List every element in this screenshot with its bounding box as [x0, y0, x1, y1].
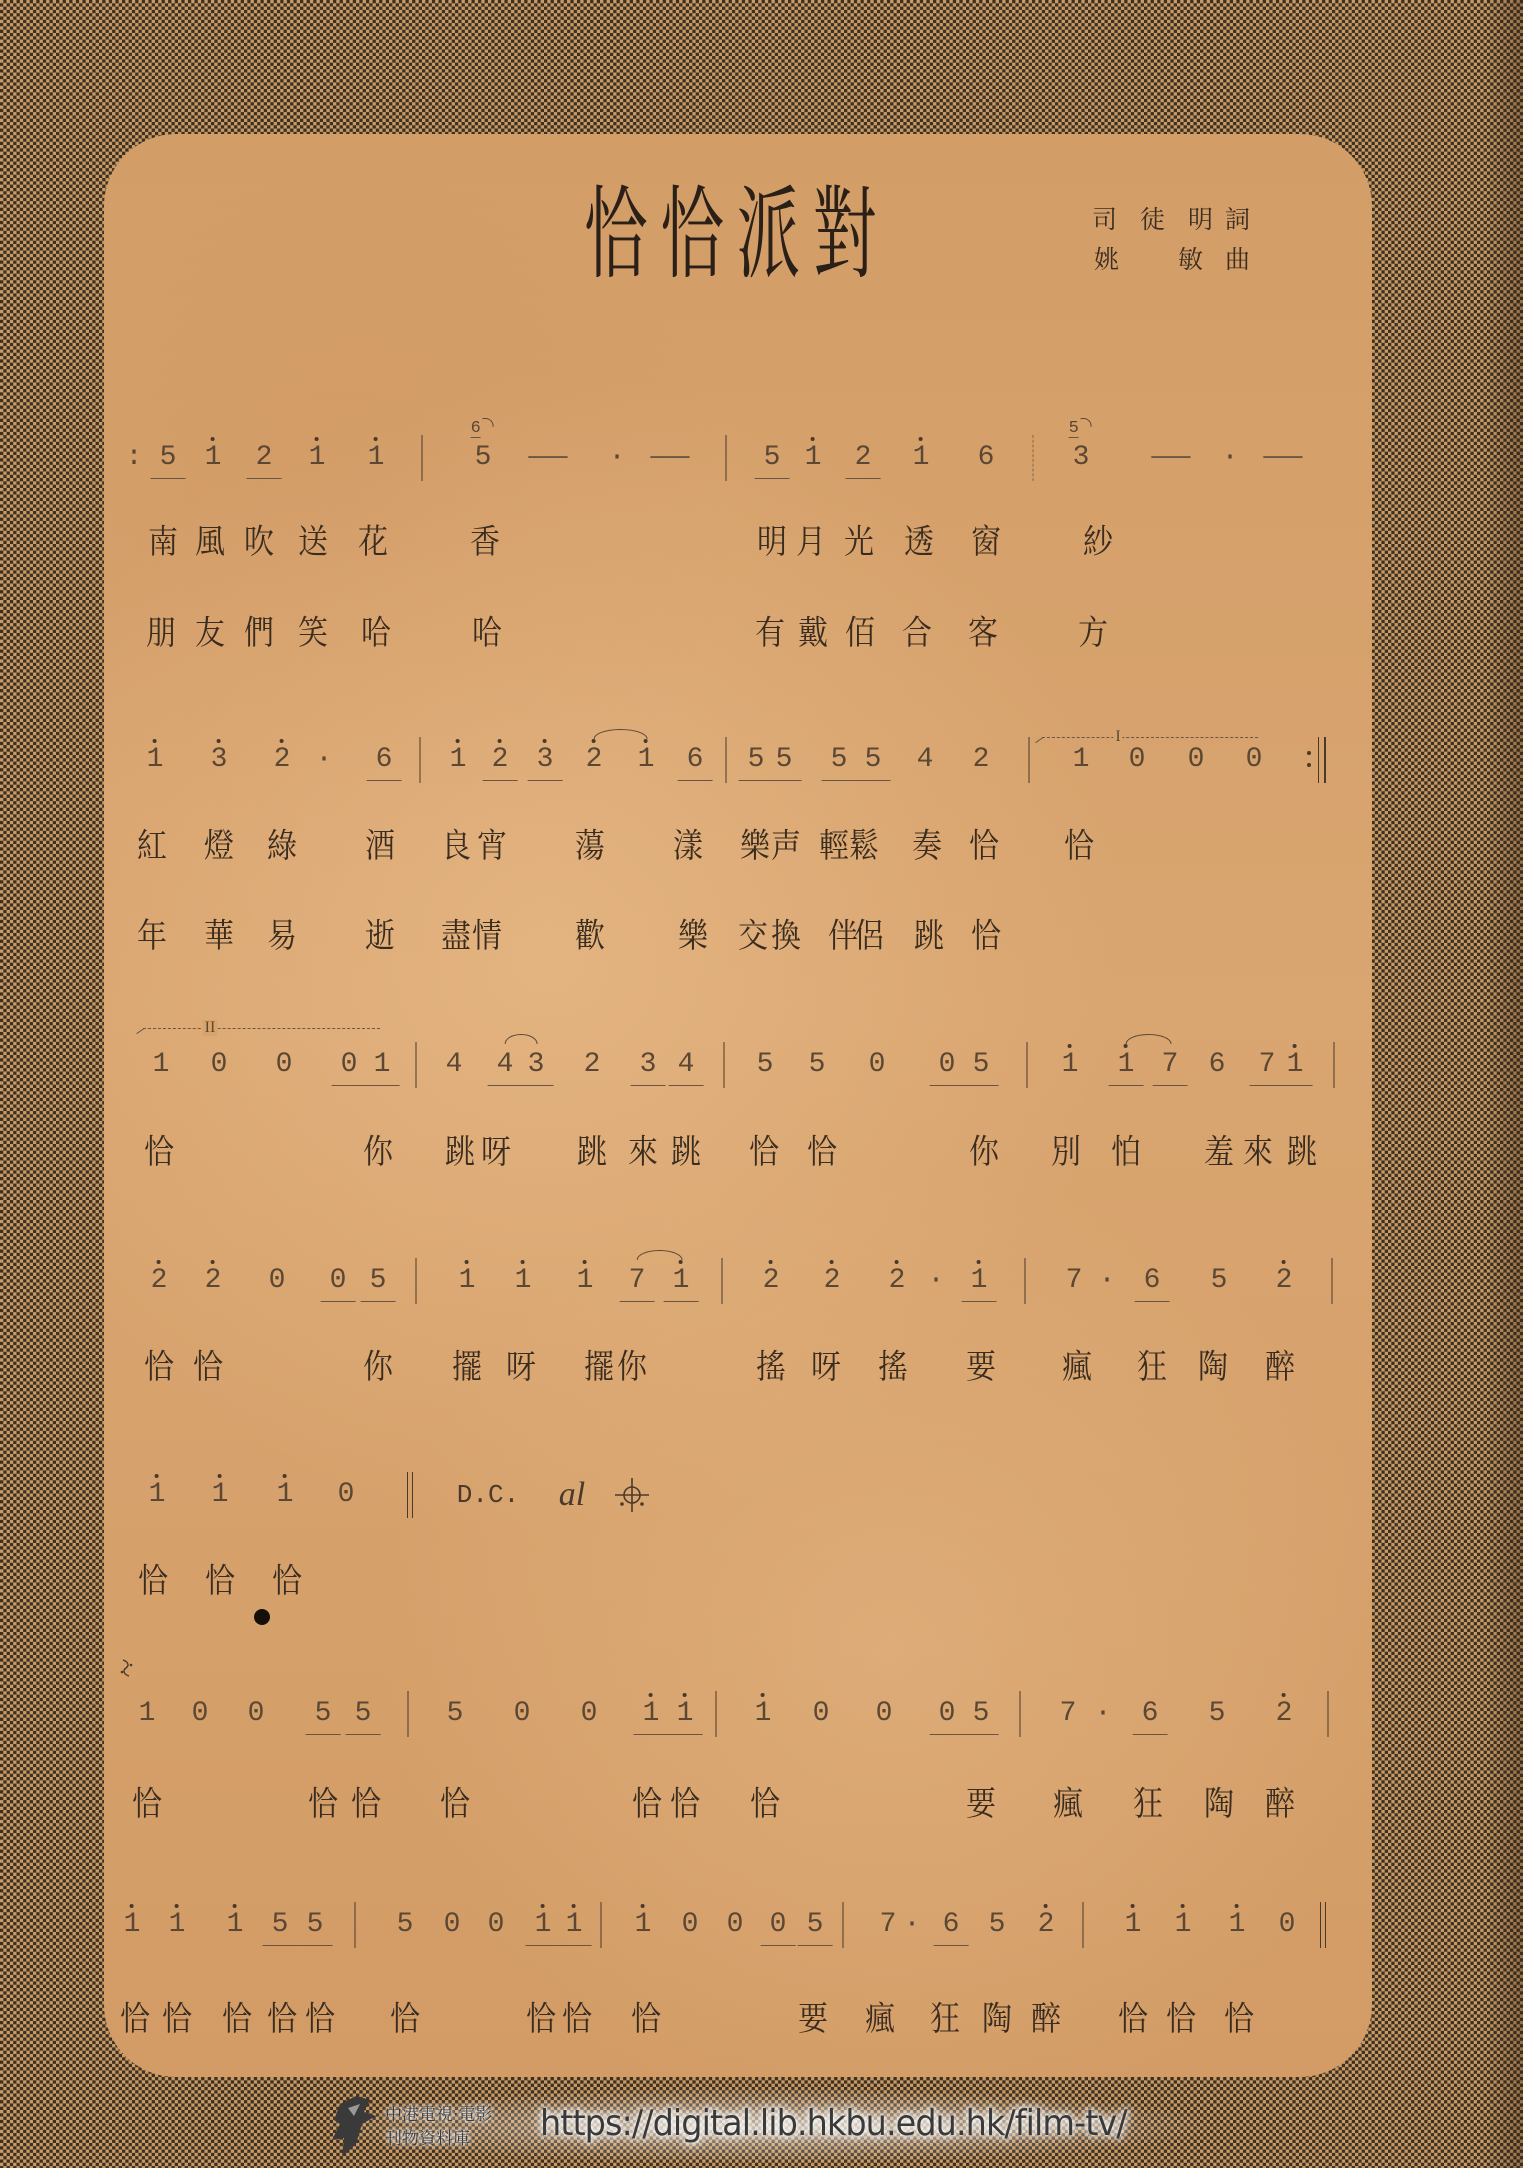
note: 1	[212, 1481, 229, 1509]
note-digit: 2	[274, 746, 291, 774]
lyric-char: 跳	[671, 1135, 701, 1171]
note-digit: 6	[1144, 1267, 1161, 1295]
dot-extension: ·	[1095, 1700, 1112, 1728]
lyric-char: 香	[470, 525, 500, 561]
note: 5	[315, 1700, 332, 1728]
note-digit: 0	[813, 1700, 830, 1728]
note: 1	[1073, 746, 1090, 774]
note-digit: 2	[763, 1267, 780, 1295]
note-digit: 0	[876, 1700, 893, 1728]
note: 1	[577, 1267, 594, 1295]
lyric-char: 狂	[930, 2002, 960, 2038]
note: 4	[497, 1051, 514, 1079]
note: 7	[1259, 1051, 1276, 1079]
barline	[1332, 1258, 1333, 1304]
note-digit: 4	[917, 746, 934, 774]
lyric-char: 透	[904, 525, 934, 561]
note: 1	[673, 1267, 690, 1295]
note-digit: 5	[160, 444, 177, 472]
note-digit: 1	[1062, 1051, 1079, 1079]
lyric-char: 有	[755, 616, 785, 652]
watermark-org-line2: 刊物資料庫	[385, 2130, 470, 2148]
note: 56	[475, 444, 492, 472]
note: 1	[1125, 1911, 1142, 1939]
lyric-char: 送	[298, 525, 328, 561]
note-digit: 5	[776, 746, 793, 774]
lyric-char: 瘋	[1053, 1787, 1083, 1823]
hold-dash: —	[540, 444, 557, 472]
note: 35	[1073, 444, 1090, 472]
note: 0	[727, 1911, 744, 1939]
note: 1	[635, 1911, 652, 1939]
note-digit: 2	[1276, 1267, 1293, 1295]
note: 5	[809, 1051, 826, 1079]
volta-bracket	[143, 1028, 380, 1029]
lyricist-name: 司徒明	[1092, 207, 1236, 233]
lyric-char: 哈	[472, 616, 502, 652]
lyric-char: 綠	[267, 829, 297, 865]
note-digit: 0	[488, 1911, 505, 1939]
note: 1	[643, 1700, 660, 1728]
lyric-char: 狂	[1137, 1350, 1167, 1386]
lyric-char: 戴	[798, 616, 828, 652]
note-digit: 1	[459, 1267, 476, 1295]
note: 5	[748, 746, 765, 774]
hold-dash: —	[1275, 444, 1292, 472]
note-digit: 1	[212, 1481, 229, 1509]
dot-extension: ·	[904, 1911, 921, 1939]
note-digit: 5	[807, 1911, 824, 1939]
note-digit: 1	[535, 1911, 552, 1939]
note-digit: 1	[971, 1267, 988, 1295]
note-digit: 2	[1038, 1911, 1055, 1939]
note-digit: 6	[376, 746, 393, 774]
note-digit: 1	[1229, 1911, 1246, 1939]
note-digit: 1	[673, 1267, 690, 1295]
lyric-char: 呀	[506, 1350, 536, 1386]
barline	[1025, 1258, 1026, 1304]
note: 1	[1118, 1051, 1135, 1079]
note: 1	[124, 1911, 141, 1939]
note-digit: 5	[307, 1911, 324, 1939]
note-digit: ·	[609, 444, 626, 472]
lyric-char: 擺	[452, 1350, 482, 1386]
coda-icon	[612, 1475, 652, 1515]
lyric-char: 客	[968, 616, 998, 652]
note-digit: 3	[1073, 444, 1090, 472]
note-digit: 5	[809, 1051, 826, 1079]
note: 5	[757, 1051, 774, 1079]
note: 5	[764, 444, 781, 472]
lyric-char: 情	[472, 919, 502, 955]
note: 0	[813, 1700, 830, 1728]
note-digit: ·	[1095, 1700, 1112, 1728]
lyric-char: 要	[966, 1787, 996, 1823]
note-digit: 0	[514, 1700, 531, 1728]
note: 6	[687, 746, 704, 774]
lyric-char: 宵	[477, 829, 507, 865]
note-digit: 1	[309, 444, 326, 472]
lyric-char: 逝	[365, 919, 395, 955]
note-digit: 6	[687, 746, 704, 774]
note-digit: 1	[577, 1267, 594, 1295]
note-digit: 2	[584, 1051, 601, 1079]
song-title: 恰恰派對	[584, 185, 889, 285]
note: 0	[869, 1051, 886, 1079]
repeat-end-sign	[1318, 737, 1326, 783]
note: 1	[1175, 1911, 1192, 1939]
lyric-char: 盡	[441, 919, 471, 955]
note-digit: 6	[978, 444, 995, 472]
lyric-char: 恰	[305, 2002, 335, 2038]
lyric-char: 你	[617, 1350, 647, 1386]
barline	[601, 1902, 602, 1948]
note-digit: 2	[492, 746, 509, 774]
barline	[724, 1042, 725, 1088]
note: 1	[147, 746, 164, 774]
note: 7	[1162, 1051, 1179, 1079]
ink-spot	[254, 1609, 270, 1625]
note-digit: 4	[678, 1051, 695, 1079]
lyric-char: 輕	[819, 829, 849, 865]
hold-dash: —	[662, 444, 679, 472]
lyric-char: 酒	[365, 829, 395, 865]
note-digit: 2	[205, 1267, 222, 1295]
note-digit: 1	[566, 1911, 583, 1939]
note-digit: 0	[869, 1051, 886, 1079]
watermark-org-line1: 中港電視‧電影	[385, 2106, 492, 2124]
note-digit: —	[1152, 444, 1191, 472]
lyric-char: 漾	[673, 829, 703, 865]
lyric-char: 恰	[1166, 2002, 1196, 2038]
lyric-char: 恰	[670, 1787, 700, 1823]
note-digit: 0	[727, 1911, 744, 1939]
lyric-char: 你	[363, 1135, 393, 1171]
note-digit: 1	[227, 1911, 244, 1939]
barline	[416, 1042, 417, 1088]
note-digit: 5	[1211, 1267, 1228, 1295]
lyric-char: 紅	[137, 829, 167, 865]
lyric-char: 恰	[969, 829, 999, 865]
note: 0	[338, 1481, 355, 1509]
note-digit: 1	[635, 1911, 652, 1939]
note: 0	[341, 1051, 358, 1079]
note-digit: 7	[1066, 1267, 1083, 1295]
note-digit: 2	[824, 1267, 841, 1295]
note-digit: 4	[497, 1051, 514, 1079]
note: 2	[1276, 1700, 1293, 1728]
barline	[1083, 1902, 1084, 1948]
note: 1	[566, 1911, 583, 1939]
note-digit: 2	[855, 444, 872, 472]
lyric-char: 侶	[854, 919, 884, 955]
lyric-char: 呀	[811, 1350, 841, 1386]
note: 5	[160, 444, 177, 472]
note-digit: 5	[757, 1051, 774, 1079]
lyric-char: 良	[441, 829, 471, 865]
lyric-char: 年	[137, 919, 167, 955]
note: 2	[824, 1267, 841, 1295]
note: 1	[755, 1700, 772, 1728]
lyric-char: 羞	[1204, 1135, 1234, 1171]
note-digit: 0	[338, 1481, 355, 1509]
lyric-char: 奏	[912, 829, 942, 865]
note: 7	[1060, 1700, 1077, 1728]
note-digit: 1	[147, 746, 164, 774]
lyric-char: 吹	[244, 525, 274, 561]
hold-dash: —	[1163, 444, 1180, 472]
lyric-char: 恰	[144, 1350, 174, 1386]
lyric-char: 恰	[193, 1350, 223, 1386]
lyric-char: 鬆	[849, 829, 879, 865]
note: 1	[227, 1911, 244, 1939]
lyric-char: 哈	[361, 616, 391, 652]
note: 5	[397, 1911, 414, 1939]
grace-note: 6	[471, 420, 481, 438]
note: 0	[1188, 746, 1205, 774]
note-digit: 1	[805, 444, 822, 472]
note: 0	[269, 1267, 286, 1295]
note: 0	[1129, 746, 1146, 774]
note-digit: 6	[1142, 1700, 1159, 1728]
note: 2	[763, 1267, 780, 1295]
note: 5	[307, 1911, 324, 1939]
note: 3	[537, 746, 554, 774]
note-digit: 5	[315, 1700, 332, 1728]
lyric-char: 瘋	[1062, 1350, 1092, 1386]
note-digit: 5	[475, 444, 492, 472]
note: 0	[682, 1911, 699, 1939]
note: 1	[1062, 1051, 1079, 1079]
note-digit: 1	[1073, 746, 1090, 774]
lyric-char: 風	[195, 525, 225, 561]
barline	[722, 1258, 723, 1304]
note: 1	[374, 1051, 391, 1079]
lyric-char: 恰	[390, 2002, 420, 2038]
barline	[1033, 435, 1034, 481]
note-digit: 5	[748, 746, 765, 774]
note: 7	[880, 1911, 897, 1939]
note: 7	[629, 1267, 646, 1295]
note: 2	[889, 1267, 906, 1295]
note-digit: 0	[269, 1267, 286, 1295]
note-digit: 1	[677, 1700, 694, 1728]
lyric-char: 恰	[750, 1787, 780, 1823]
note: 0	[330, 1267, 347, 1295]
note-digit: 0	[939, 1051, 956, 1079]
lyric-char: 怕	[1111, 1135, 1141, 1171]
al-coda-text: al	[559, 1476, 585, 1514]
note-digit: 3	[211, 746, 228, 774]
repeat-start-dots: :	[126, 444, 143, 472]
lyric-char: 要	[966, 1350, 996, 1386]
dot-extension: ·	[609, 444, 626, 472]
note-digit: 1	[1175, 1911, 1192, 1939]
lyric-char: 搖	[878, 1350, 908, 1386]
barline	[1334, 1042, 1335, 1088]
note: 0	[1279, 1911, 1296, 1939]
note: 5	[831, 746, 848, 774]
lyric-char: 恰	[632, 1787, 662, 1823]
lyric-char: 們	[244, 616, 274, 652]
note-digit: 1	[638, 746, 655, 774]
lyric-char: 光	[844, 525, 874, 561]
lyric-char: 擺	[584, 1350, 614, 1386]
note: 5	[973, 1700, 990, 1728]
lyric-char: 窗	[971, 525, 1001, 561]
note: 0	[876, 1700, 893, 1728]
note-digit: —	[529, 444, 568, 472]
note-digit: 0	[682, 1911, 699, 1939]
note-digit: 5	[973, 1700, 990, 1728]
note: 6	[1142, 1700, 1159, 1728]
lyric-char: 花	[358, 525, 388, 561]
lyric-char: 歡	[575, 919, 605, 955]
note: 0	[211, 1051, 228, 1079]
note-digit: 1	[450, 746, 467, 774]
lyric-char: 恰	[1064, 829, 1094, 865]
lyric-char: 蕩	[575, 829, 605, 865]
note: 5	[355, 1700, 372, 1728]
note-digit: 6	[943, 1911, 960, 1939]
lyric-char: 恰	[749, 1135, 779, 1171]
dot-extension: ·	[928, 1267, 945, 1295]
note: 5	[447, 1700, 464, 1728]
note-digit: 0	[341, 1051, 358, 1079]
note: 1	[450, 746, 467, 774]
note: 5	[1209, 1700, 1226, 1728]
grace-note: 5	[1069, 420, 1079, 438]
note-digit: 2	[256, 444, 273, 472]
note: 4	[917, 746, 934, 774]
note-digit: 5	[973, 1051, 990, 1079]
barline	[716, 1691, 717, 1737]
note: 1	[139, 1700, 156, 1728]
lyric-char: 恰	[222, 2002, 252, 2038]
note-digit: 1	[368, 444, 385, 472]
note: 1	[971, 1267, 988, 1295]
lyric-char: 明	[757, 525, 787, 561]
note: 6	[978, 444, 995, 472]
note: 1	[309, 444, 326, 472]
lyric-char: 恰	[138, 1564, 168, 1600]
barline	[1020, 1691, 1021, 1737]
lyric-char: 樂	[678, 919, 708, 955]
double-barline	[407, 1472, 413, 1518]
note: 2	[274, 746, 291, 774]
note: 1	[205, 444, 222, 472]
note: 0	[770, 1911, 787, 1939]
note-digit: :	[126, 444, 143, 472]
score-paper-panel	[104, 134, 1372, 2077]
volta-label: I	[1113, 729, 1122, 745]
note: 0	[514, 1700, 531, 1728]
watermark-url: https://digital.lib.hkbu.edu.hk/film-tv/	[540, 2104, 1127, 2144]
note-digit: 3	[528, 1051, 545, 1079]
note-digit: 5	[370, 1267, 387, 1295]
note-digit: 1	[277, 1481, 294, 1509]
note: 1	[1229, 1911, 1246, 1939]
barline	[420, 737, 421, 783]
lyric-char: 瘋	[865, 2002, 895, 2038]
lyric-char: 方	[1078, 616, 1108, 652]
volta-bracket	[1042, 737, 1258, 738]
note: 0	[276, 1051, 293, 1079]
note-digit: 1	[139, 1700, 156, 1728]
note: 1	[638, 746, 655, 774]
lyric-char: 恰	[132, 1787, 162, 1823]
barline	[1027, 1042, 1028, 1088]
lyric-char: 恰	[120, 2002, 150, 2038]
note: 2	[492, 746, 509, 774]
note-digit: 7	[1259, 1051, 1276, 1079]
barline	[726, 737, 727, 783]
barline	[1328, 1691, 1329, 1737]
note: 2	[584, 1051, 601, 1079]
lyric-char: 跳	[577, 1135, 607, 1171]
lyric-char: 別	[1051, 1135, 1081, 1171]
note: 1	[805, 444, 822, 472]
note-digit: 5	[397, 1911, 414, 1939]
note-digit: 2	[1276, 1700, 1293, 1728]
note-digit: 5	[764, 444, 781, 472]
lyric-char: 合	[902, 616, 932, 652]
note-digit: 7	[629, 1267, 646, 1295]
lyric-char: 跳	[445, 1135, 475, 1171]
barline	[422, 435, 423, 481]
barline	[1029, 737, 1030, 783]
note-digit: 4	[446, 1051, 463, 1079]
barline	[408, 1691, 409, 1737]
hkbu-library-logo-icon	[326, 2094, 382, 2160]
note: 0	[939, 1051, 956, 1079]
note-digit: 0	[330, 1267, 347, 1295]
note-digit: 2	[889, 1267, 906, 1295]
note: 1	[1287, 1051, 1304, 1079]
note: 1	[277, 1481, 294, 1509]
note-digit: 1	[374, 1051, 391, 1079]
lyric-char: 恰	[205, 1564, 235, 1600]
lyric-char: 跳	[914, 919, 944, 955]
note: 2	[151, 1267, 168, 1295]
dot-extension: ·	[316, 746, 333, 774]
barline	[726, 435, 727, 481]
note: 1	[913, 444, 930, 472]
note-digit: 1	[913, 444, 930, 472]
note-digit: ·	[316, 746, 333, 774]
lyric-char: 南	[148, 525, 178, 561]
note-digit: 0	[581, 1700, 598, 1728]
barline	[843, 1902, 844, 1948]
note-digit: ·	[928, 1267, 945, 1295]
note-digit: ·	[904, 1911, 921, 1939]
note-digit: —	[651, 444, 690, 472]
note-digit: ·	[1099, 1267, 1116, 1295]
barline	[355, 1902, 356, 1948]
note: 7	[1066, 1267, 1083, 1295]
lyric-char: 易	[267, 919, 297, 955]
note-digit: 0	[770, 1911, 787, 1939]
note: 3	[211, 746, 228, 774]
note: 6	[943, 1911, 960, 1939]
da-capo-text: D.C.	[457, 1480, 519, 1510]
note-digit: 7	[1162, 1051, 1179, 1079]
note: 0	[1246, 746, 1263, 774]
note-digit: 3	[537, 746, 554, 774]
note-digit: 5	[272, 1911, 289, 1939]
note-digit: 0	[939, 1700, 956, 1728]
note-digit: 1	[755, 1700, 772, 1728]
